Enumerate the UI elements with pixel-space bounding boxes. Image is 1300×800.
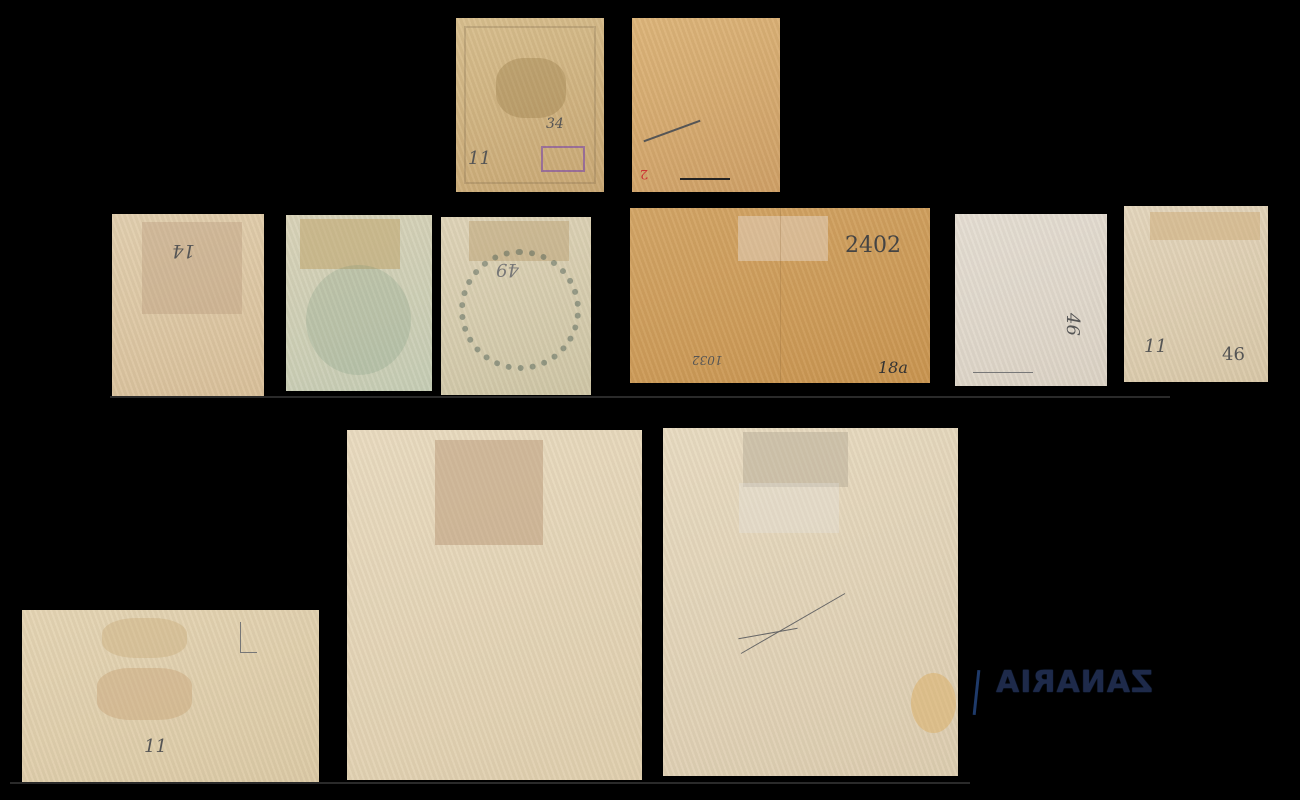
stamp-block-back-9: 11 xyxy=(22,610,319,782)
signature-mark xyxy=(643,120,700,142)
pencil-note: 11 xyxy=(1144,336,1167,357)
corner-mark xyxy=(240,622,257,653)
stamp-back-1: 11 34 xyxy=(456,18,604,192)
hinge-remnant xyxy=(102,618,187,658)
pencil-note: 34 xyxy=(546,116,564,132)
stamp-back-8: 11 46 xyxy=(1124,206,1268,382)
pencil-note: 49 xyxy=(496,259,519,280)
pair-divide xyxy=(780,208,781,383)
pencil-note: 2402 xyxy=(845,233,901,258)
pencil-note: 11 xyxy=(468,148,491,169)
pencil-note: 46 xyxy=(1062,313,1083,336)
hinge-remnant xyxy=(496,58,566,118)
red-numeral: 2 xyxy=(640,166,648,181)
stamp-back-2: 2 xyxy=(632,18,780,192)
stamp-back-7: 46 xyxy=(955,214,1107,386)
pencil-note: 11 xyxy=(144,736,167,757)
strip-edge xyxy=(110,396,1170,398)
hinge-remnant xyxy=(1150,212,1260,240)
strip-edge xyxy=(10,782,970,784)
hinge-remnant xyxy=(743,432,848,487)
stamp-back-3: 14 xyxy=(112,214,264,396)
stamp-block-back-10 xyxy=(347,430,642,780)
green-ink-showthrough xyxy=(306,265,411,375)
stamp-block-back-11 xyxy=(663,428,958,776)
label-bar xyxy=(973,670,981,715)
mirrored-label: ZANARIA xyxy=(995,665,1153,700)
hinge-remnant xyxy=(739,483,839,533)
hinge-remnant xyxy=(435,440,543,545)
signature-mark xyxy=(680,178,730,180)
hinge-remnant xyxy=(97,668,192,720)
stamp-back-5: 49 xyxy=(441,217,591,395)
pencil-note: 14 xyxy=(172,240,195,261)
signature-mark xyxy=(741,593,845,654)
stamp-pair-back-6: 2402 1032 18a xyxy=(630,208,930,383)
hinge-remnant xyxy=(142,222,242,314)
pencil-line xyxy=(973,372,1033,373)
pencil-note: 18a xyxy=(878,358,908,377)
violet-handstamp xyxy=(541,146,585,172)
cancellation-ring xyxy=(459,249,581,371)
pencil-note: 1032 xyxy=(692,353,723,367)
hinge-remnant xyxy=(738,216,828,261)
stamp-back-4 xyxy=(286,215,432,391)
hinge-remnant xyxy=(300,219,400,269)
pencil-note: 46 xyxy=(1222,344,1245,365)
stain xyxy=(911,673,956,733)
